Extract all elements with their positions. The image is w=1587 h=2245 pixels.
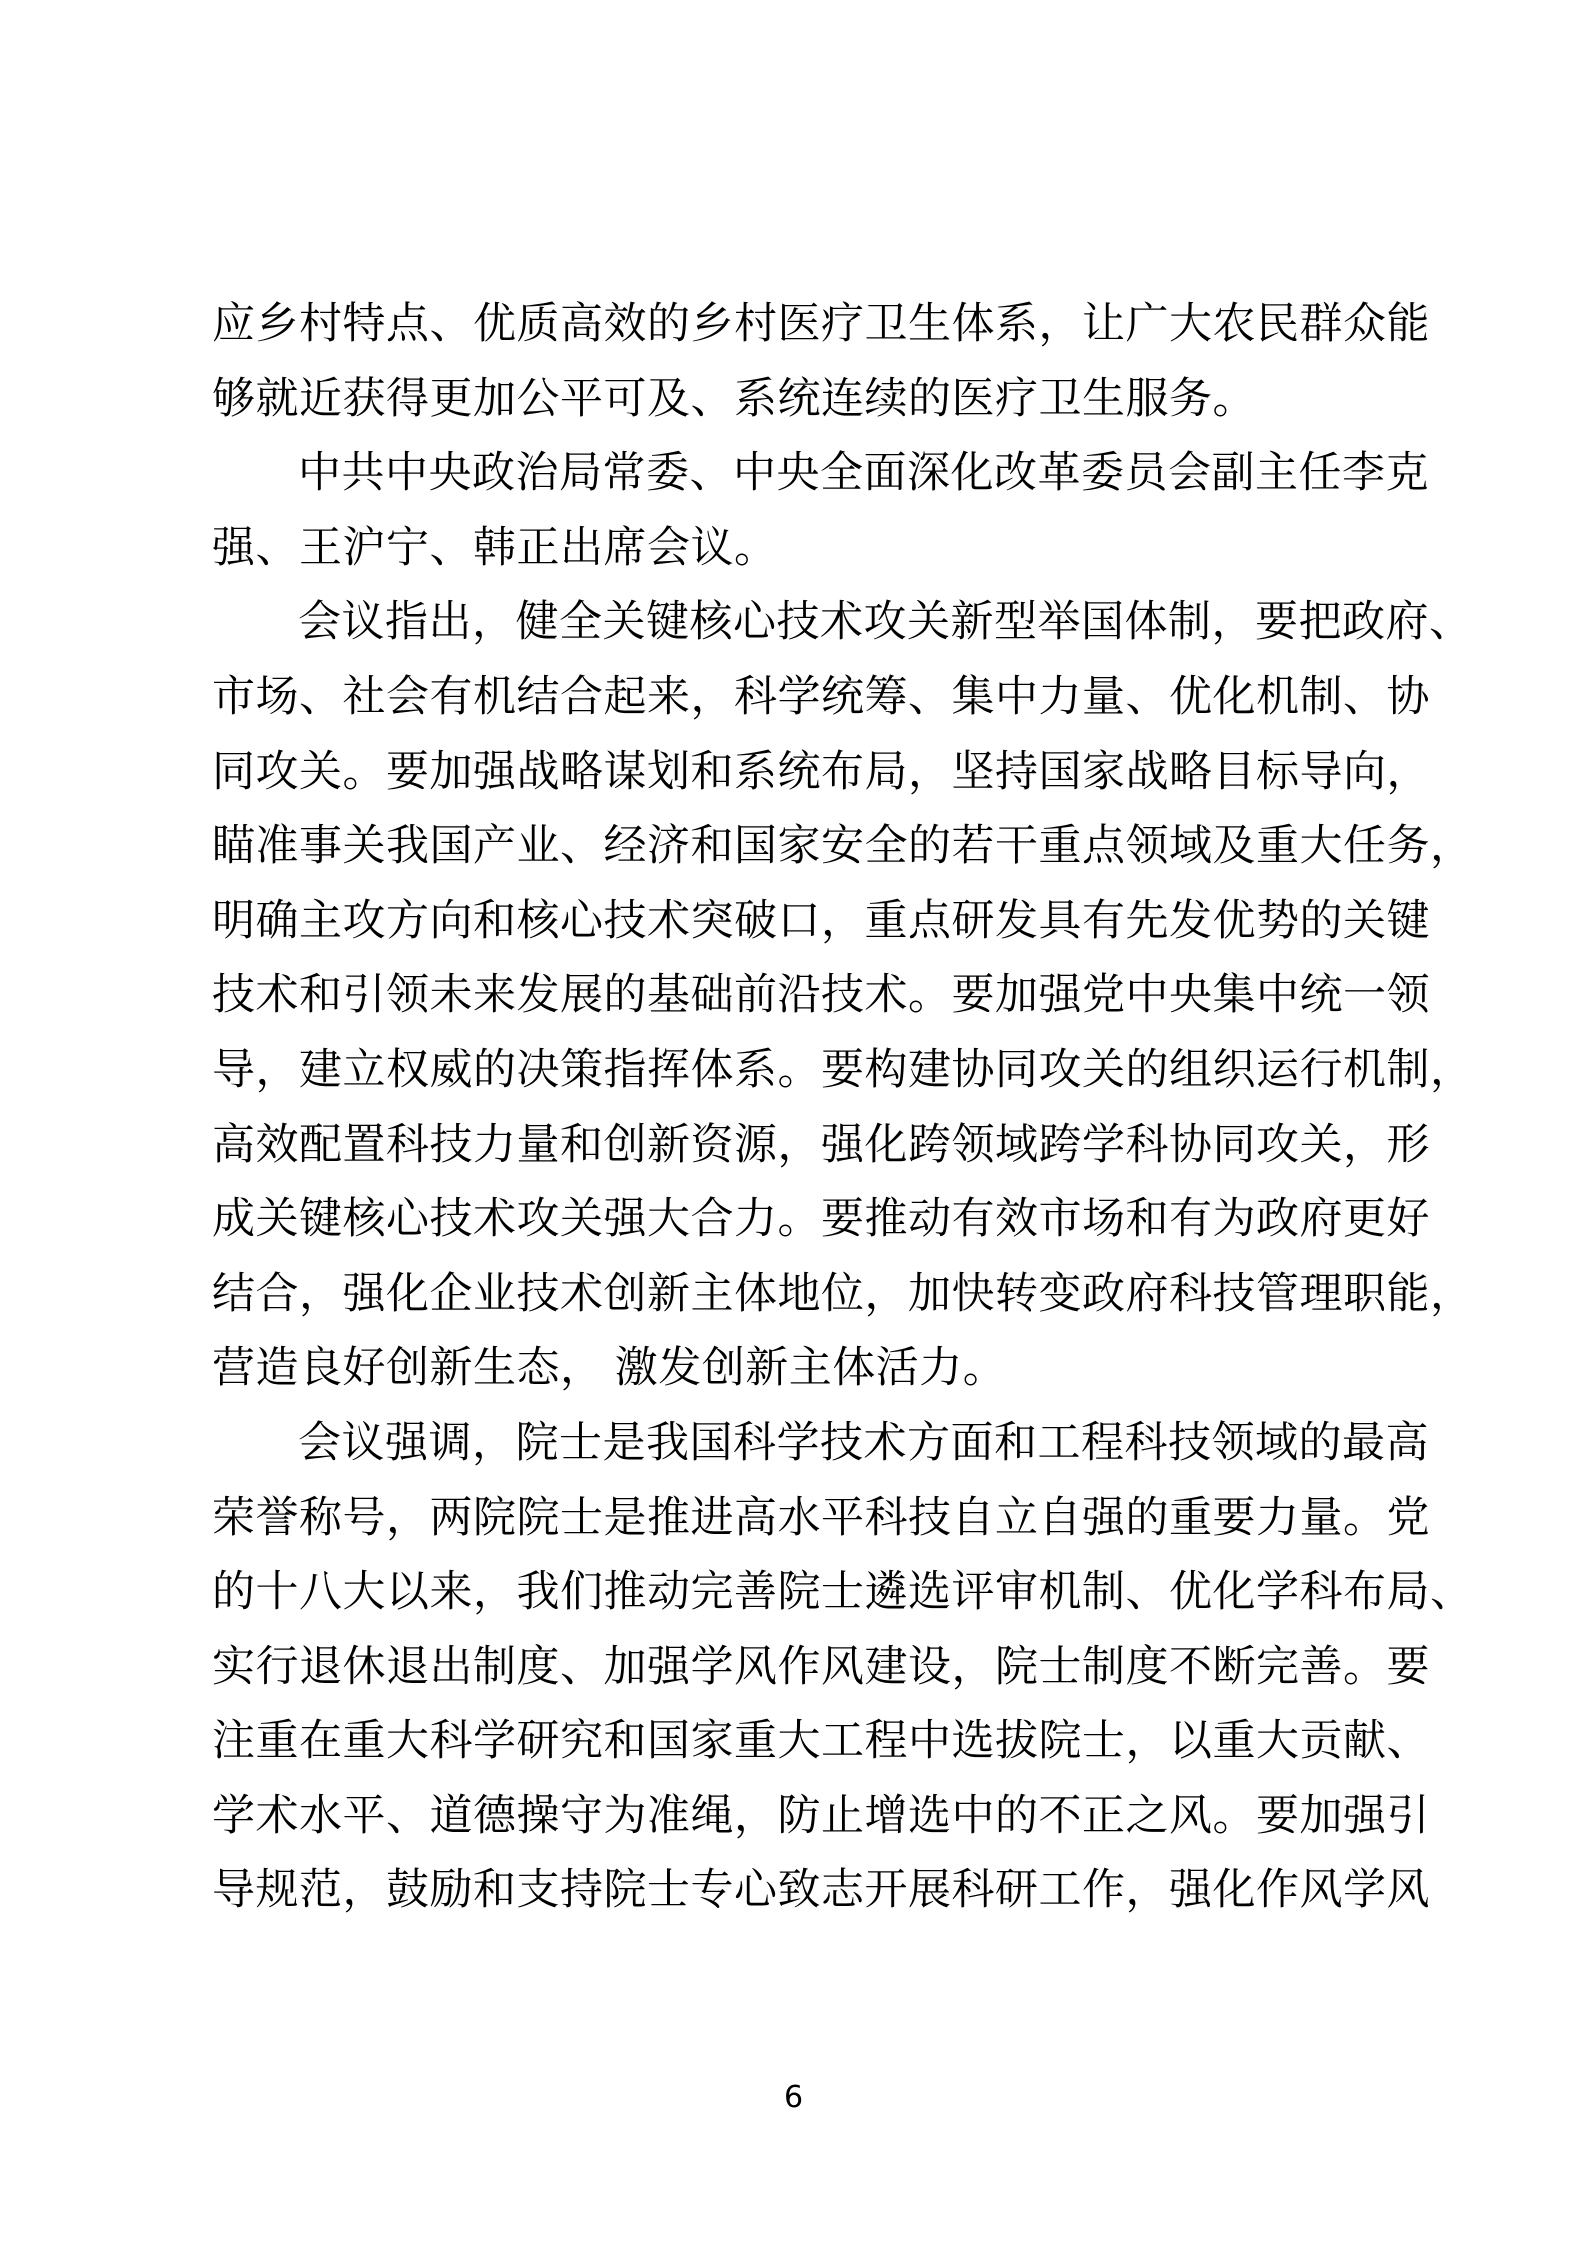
text-line: 成关键核心技术攻关强大合力。要推动有效市场和有为政府更好 xyxy=(212,1183,1408,1258)
text-line: 营造良好创新生态， 激发创新主体活力。 xyxy=(212,1332,1408,1407)
text-line: 同攻关。要加强战略谋划和系统布局，坚持国家战略目标导向， xyxy=(212,736,1408,811)
text-line: 中共中央政治局常委、中央全面深化改革委员会副主任李克 xyxy=(212,437,1408,512)
text-line: 强、王沪宁、韩正出席会议。 xyxy=(212,512,1408,587)
text-line: 实行退休退出制度、加强学风作风建设，院士制度不断完善。要 xyxy=(212,1631,1408,1706)
text-line: 的十八大以来，我们推动完善院士遴选评审机制、优化学科布局、 xyxy=(212,1556,1408,1631)
document-page: 应乡村特点、优质高效的乡村医疗卫生体系，让广大农民群众能够就近获得更加公平可及、… xyxy=(0,0,1587,2245)
text-line: 结合，强化企业技术创新主体地位，加快转变政府科技管理职能， xyxy=(212,1258,1408,1333)
text-line: 导，建立权威的决策指挥体系。要构建协同攻关的组织运行机制， xyxy=(212,1034,1408,1109)
text-line: 注重在重大科学研究和国家重大工程中选拔院士，以重大贡献、 xyxy=(212,1705,1408,1780)
text-line: 会议指出，健全关键核心技术攻关新型举国体制，要把政府、 xyxy=(212,586,1408,661)
text-line: 高效配置科技力量和创新资源，强化跨领域跨学科协同攻关，形 xyxy=(212,1109,1408,1184)
text-line: 导规范，鼓励和支持院士专心致志开展科研工作，强化作风学风 xyxy=(212,1854,1408,1929)
text-line: 市场、社会有机结合起来，科学统筹、集中力量、优化机制、协 xyxy=(212,661,1408,736)
text-line: 技术和引领未来发展的基础前沿技术。要加强党中央集中统一领 xyxy=(212,959,1408,1034)
text-line: 学术水平、道德操守为准绳，防止增选中的不正之风。要加强引 xyxy=(212,1780,1408,1855)
page-number: 6 xyxy=(0,2078,1587,2118)
text-line: 应乡村特点、优质高效的乡村医疗卫生体系，让广大农民群众能 xyxy=(212,288,1408,363)
text-line: 瞄准事关我国产业、经济和国家安全的若干重点领域及重大任务， xyxy=(212,810,1408,885)
text-line: 会议强调，院士是我国科学技术方面和工程科技领域的最高 xyxy=(212,1407,1408,1482)
text-line: 够就近获得更加公平可及、系统连续的医疗卫生服务。 xyxy=(212,363,1408,438)
document-body: 应乡村特点、优质高效的乡村医疗卫生体系，让广大农民群众能够就近获得更加公平可及、… xyxy=(212,288,1408,1929)
text-line: 荣誉称号，两院院士是推进高水平科技自立自强的重要力量。党 xyxy=(212,1482,1408,1557)
text-line: 明确主攻方向和核心技术突破口，重点研发具有先发优势的关键 xyxy=(212,885,1408,960)
